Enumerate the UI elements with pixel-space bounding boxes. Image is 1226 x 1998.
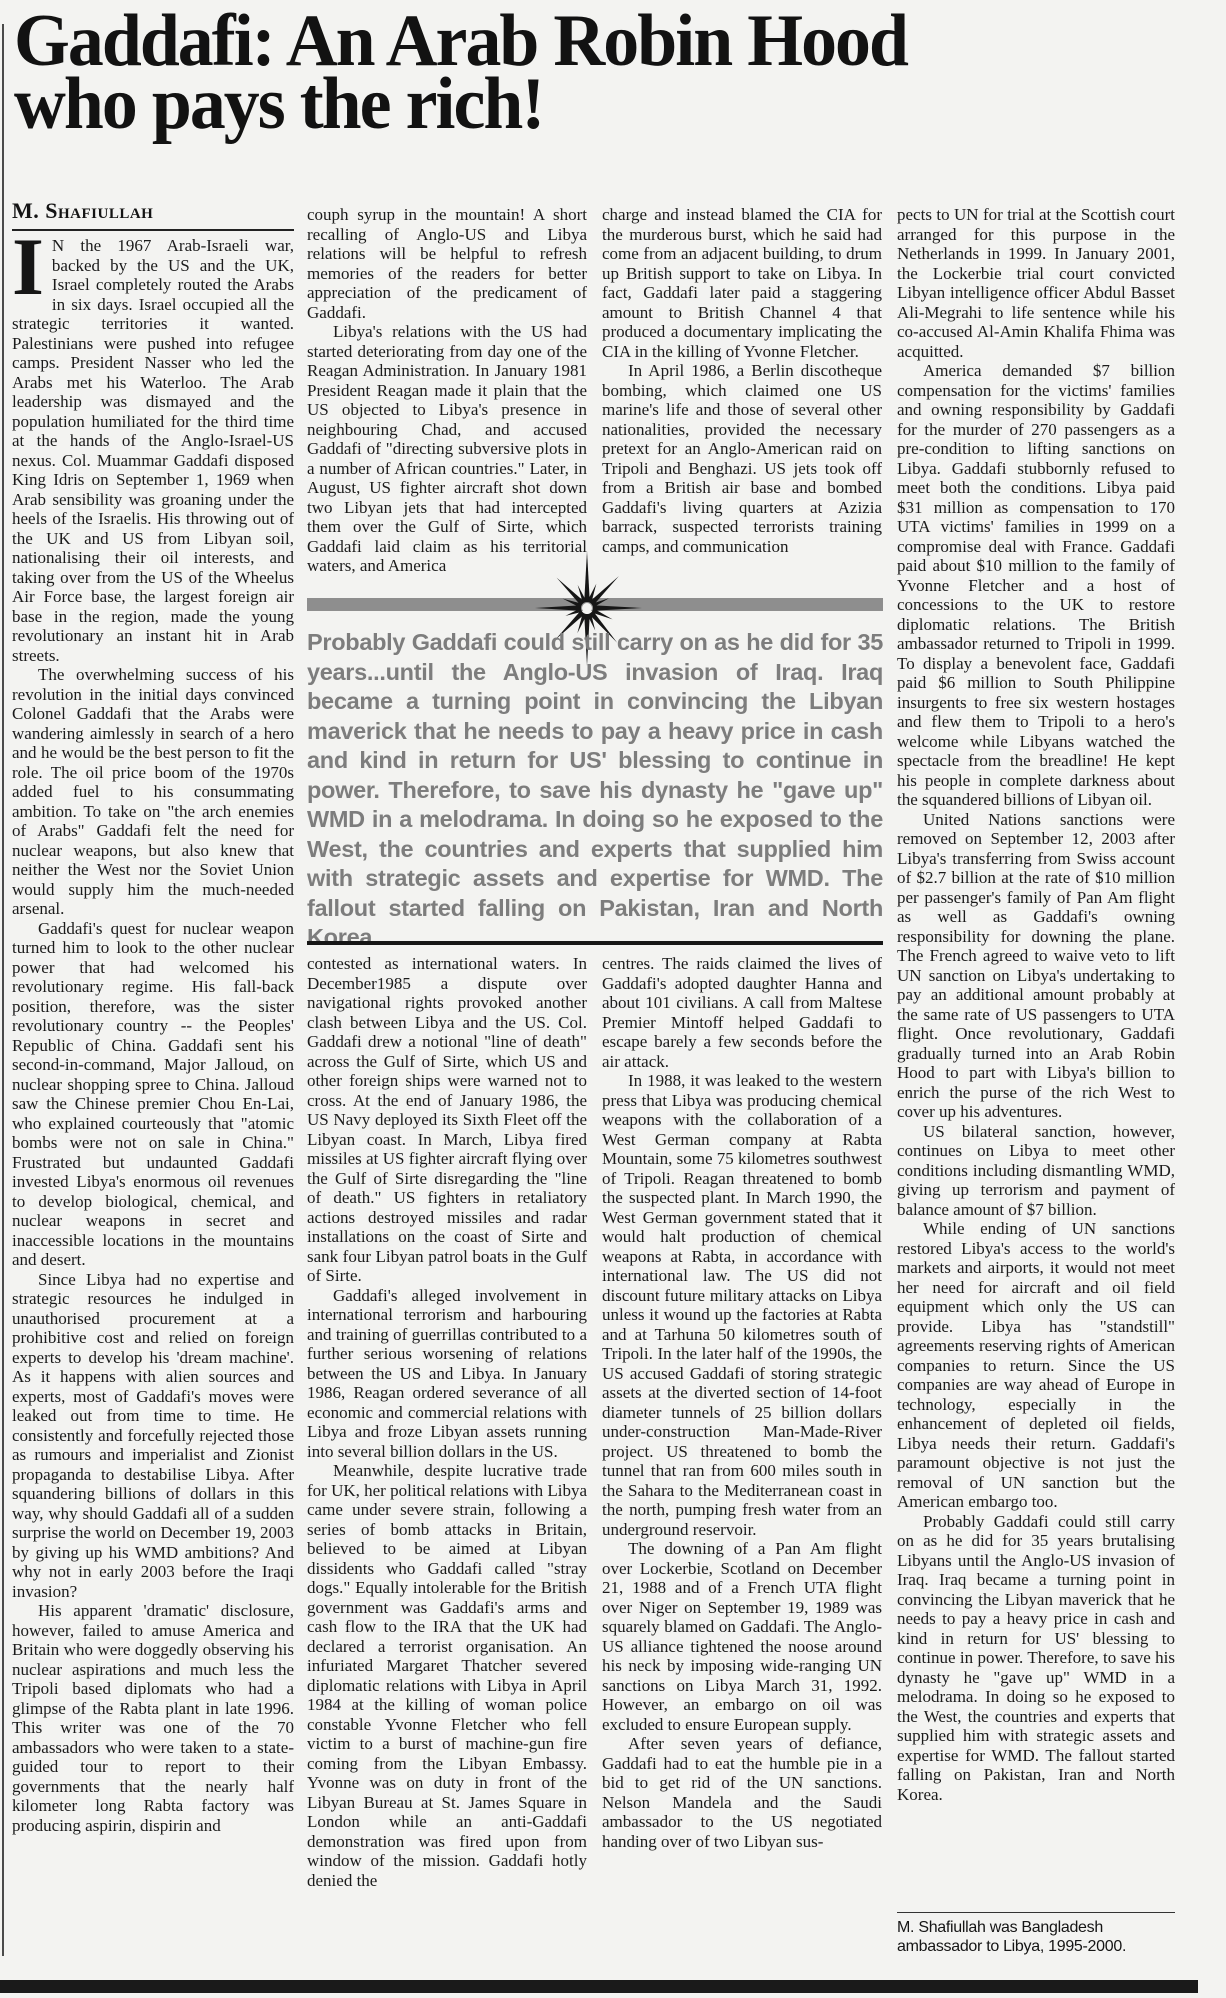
headline-line2: who pays the rich!: [14, 73, 907, 136]
column-3-upper: charge and instead blamed the CIA for th…: [602, 205, 882, 593]
body-paragraph: United Nations sanctions were removed on…: [897, 810, 1175, 1122]
body-paragraph: pects to UN for trial at the Scottish co…: [897, 205, 1175, 361]
body-paragraph: IN the 1967 Arab-Israeli war, backed by …: [12, 236, 294, 665]
body-paragraph: In April 1986, a Berlin discotheque bomb…: [602, 361, 882, 556]
body-paragraph: charge and instead blamed the CIA for th…: [602, 205, 882, 361]
paragraph-text: N the 1967 Arab-Israeli war, backed by t…: [12, 236, 294, 665]
body-paragraph: The downing of a Pan Am flight over Lock…: [602, 1539, 882, 1734]
body-paragraph: couph syrup in the mountain! A short rec…: [307, 205, 587, 322]
body-paragraph: His apparent 'dramatic' disclosure, howe…: [12, 1601, 294, 1835]
page-title: Gaddafi: An Arab Robin Hood who pays the…: [14, 10, 907, 136]
body-paragraph: Gaddafi's alleged involvement in interna…: [307, 1286, 587, 1462]
byline: M. Shafiullah: [12, 198, 294, 231]
drop-cap: I: [12, 236, 52, 296]
column-2-upper: couph syrup in the mountain! A short rec…: [307, 205, 587, 593]
body-paragraph: In 1988, it was leaked to the western pr…: [602, 1071, 882, 1539]
body-paragraph: Since Libya had no expertise and strateg…: [12, 1270, 294, 1602]
body-paragraph: While ending of UN sanctions restored Li…: [897, 1219, 1175, 1512]
body-paragraph: America demanded $7 billion compensation…: [897, 361, 1175, 810]
column-1: IN the 1967 Arab-Israeli war, backed by …: [12, 236, 294, 1958]
body-paragraph: Libya's relations with the US had starte…: [307, 322, 587, 576]
footer-note: M. Shafiullah was Bangladesh ambassador …: [897, 1912, 1175, 1956]
body-paragraph: After seven years of defiance, Gaddafi h…: [602, 1734, 882, 1851]
pull-quote-text: Probably Gaddafi could still carry on as…: [307, 628, 883, 953]
body-paragraph: The overwhelming success of his revoluti…: [12, 665, 294, 919]
column-4: pects to UN for trial at the Scottish co…: [897, 205, 1175, 1905]
bottom-bar: [0, 1980, 1198, 1993]
body-paragraph: Probably Gaddafi could still carry on as…: [897, 1512, 1175, 1805]
pull-quote-block: Probably Gaddafi could still carry on as…: [307, 598, 883, 945]
column-3-lower: centres. The raids claimed the lives of …: [602, 954, 882, 1958]
body-paragraph: Meanwhile, despite lucrative trade for U…: [307, 1461, 587, 1890]
column-2-lower: contested as international waters. In De…: [307, 954, 587, 1958]
newspaper-page: Gaddafi: An Arab Robin Hood who pays the…: [0, 0, 1226, 1998]
body-paragraph: Gaddafi's quest for nuclear weapon turne…: [12, 919, 294, 1270]
body-paragraph: centres. The raids claimed the lives of …: [602, 954, 882, 1071]
left-edge-rule: [2, 24, 4, 1956]
body-paragraph: US bilateral sanction, however, continue…: [897, 1122, 1175, 1220]
body-paragraph: contested as international waters. In De…: [307, 954, 587, 1286]
quote-bottom-rule: [307, 941, 883, 945]
